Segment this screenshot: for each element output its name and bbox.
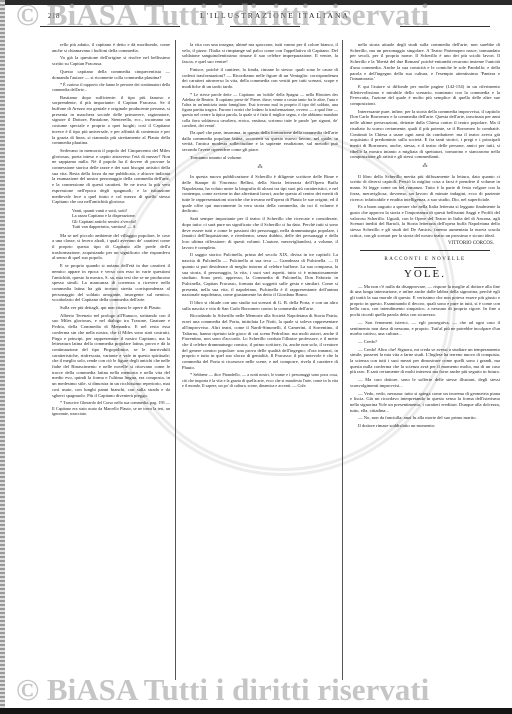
- section-separator: ⁂: [350, 164, 500, 170]
- footnote: * Sebbene — dice Pirandello, — a notti n…: [182, 372, 338, 388]
- footnote: * È curioso il rapporto che fanno le per…: [52, 82, 170, 92]
- paragraph: Bastiamo dopo sufficiente: il tipo più f…: [52, 95, 170, 146]
- paragraph: Sedevano in memoria il popolo del Cinque…: [52, 148, 170, 205]
- verse-block: Vanti, quanti vanti e sotti, sotti! La r…: [72, 208, 170, 230]
- paragraph: Il saggio storico Pulcinella, prima del …: [182, 252, 338, 298]
- column-3: nella storia attuale degli studi sulla c…: [350, 42, 500, 674]
- paragraph: — No, non da fanciulla: anzi fu alla mor…: [350, 415, 500, 421]
- paragraph: — Ma caro dottore, sono le sofferte dell…: [350, 377, 500, 388]
- paragraph: — Ma non c'è nulla da disapprovare, — ri…: [350, 284, 500, 318]
- paragraph: — Credo! Altro che! Signora, mi creda se…: [350, 347, 500, 376]
- paragraph: Interessante pure, infine, per la storia…: [350, 109, 500, 160]
- paragraph: Il libro dello Scherillo merita più diff…: [350, 174, 500, 203]
- footnote: * Trascrive Gherardo del Corso nella sua…: [52, 400, 170, 416]
- paragraph: Alberto Terenzio nel prologo all'Eunuco,…: [52, 313, 170, 399]
- paragraph: Finisce, poichè il cantiere, la fonda, r…: [182, 67, 338, 90]
- paragraph: Va già la questione dell'origine si riso…: [52, 55, 170, 66]
- paragraph: Il libro si chiude con uno studio sui sc…: [182, 300, 338, 311]
- paragraph: Sulla ver più dettagli, qui non citano l…: [52, 305, 170, 311]
- paragraph: In questa nuova pubblicazione il Scheril…: [182, 174, 338, 214]
- column-divider: [175, 40, 176, 680]
- verse-line: Tutti van dappertutto, vanitosi! — S.: [72, 224, 170, 229]
- paragraph: — Son fenomeni isterici, — egli prosegui…: [350, 320, 500, 337]
- paragraph: — Vedo, vedo, nessuna: tutto si spiega c…: [350, 391, 500, 414]
- scan-bottom-border: [0, 708, 512, 714]
- article-divider: [360, 250, 490, 251]
- author-signature: VITTORIO CORCOS.: [350, 241, 494, 247]
- paragraph: Ricordando lo Scherillo nelle Memorie al…: [182, 313, 338, 370]
- column-2: la vita con una insegna; ahimè ma spacco…: [182, 42, 338, 674]
- story-title: YOLE.: [350, 272, 500, 278]
- scan-left-edge: [0, 0, 5, 708]
- paragraph: Questo capitano della commedia cinquecen…: [52, 69, 170, 80]
- column-1: rello più adatto, il capitano è detto e …: [52, 42, 170, 674]
- paragraph: Ma se nel piccolo ambiente del villaggio…: [52, 233, 170, 262]
- paragraph: la vita con una insegna; ahimè ma spacco…: [182, 42, 338, 65]
- paragraph: Sarà sempre importante per il teatro il …: [182, 216, 338, 250]
- copyright-watermark-bottom: © BiASA Tutti i diritti riservati: [16, 672, 429, 708]
- section-separator: ⁂: [182, 165, 338, 171]
- footnote: * Le stesse parole dette — Capitano: un …: [182, 92, 338, 128]
- paragraph: rello più adatto, il capitano è detto e …: [52, 42, 170, 53]
- paragraph: E qui l'autore si diffonde per molte pag…: [350, 84, 500, 107]
- paragraph: nella storia attuale degli studi sulla c…: [350, 42, 500, 82]
- paragraph: Torniamo intanto al volume.: [182, 155, 338, 161]
- column-divider: [342, 40, 343, 680]
- paragraph: Da quel che pare, insomma, in questo del…: [182, 130, 338, 153]
- paragraph: E se proprio quando si notano dell'età i…: [52, 263, 170, 303]
- copyright-watermark-top: © BiASA Tutti i diritti riservati: [16, 0, 429, 33]
- paragraph: Il dottore rimase soddisfatto un momento…: [350, 423, 500, 429]
- paragraph: Fa a buon augurio a sperare che nella It…: [350, 204, 500, 238]
- section-heading: RACCONTI E NOVELLE: [350, 257, 500, 263]
- paragraph: — Credo?: [350, 339, 500, 345]
